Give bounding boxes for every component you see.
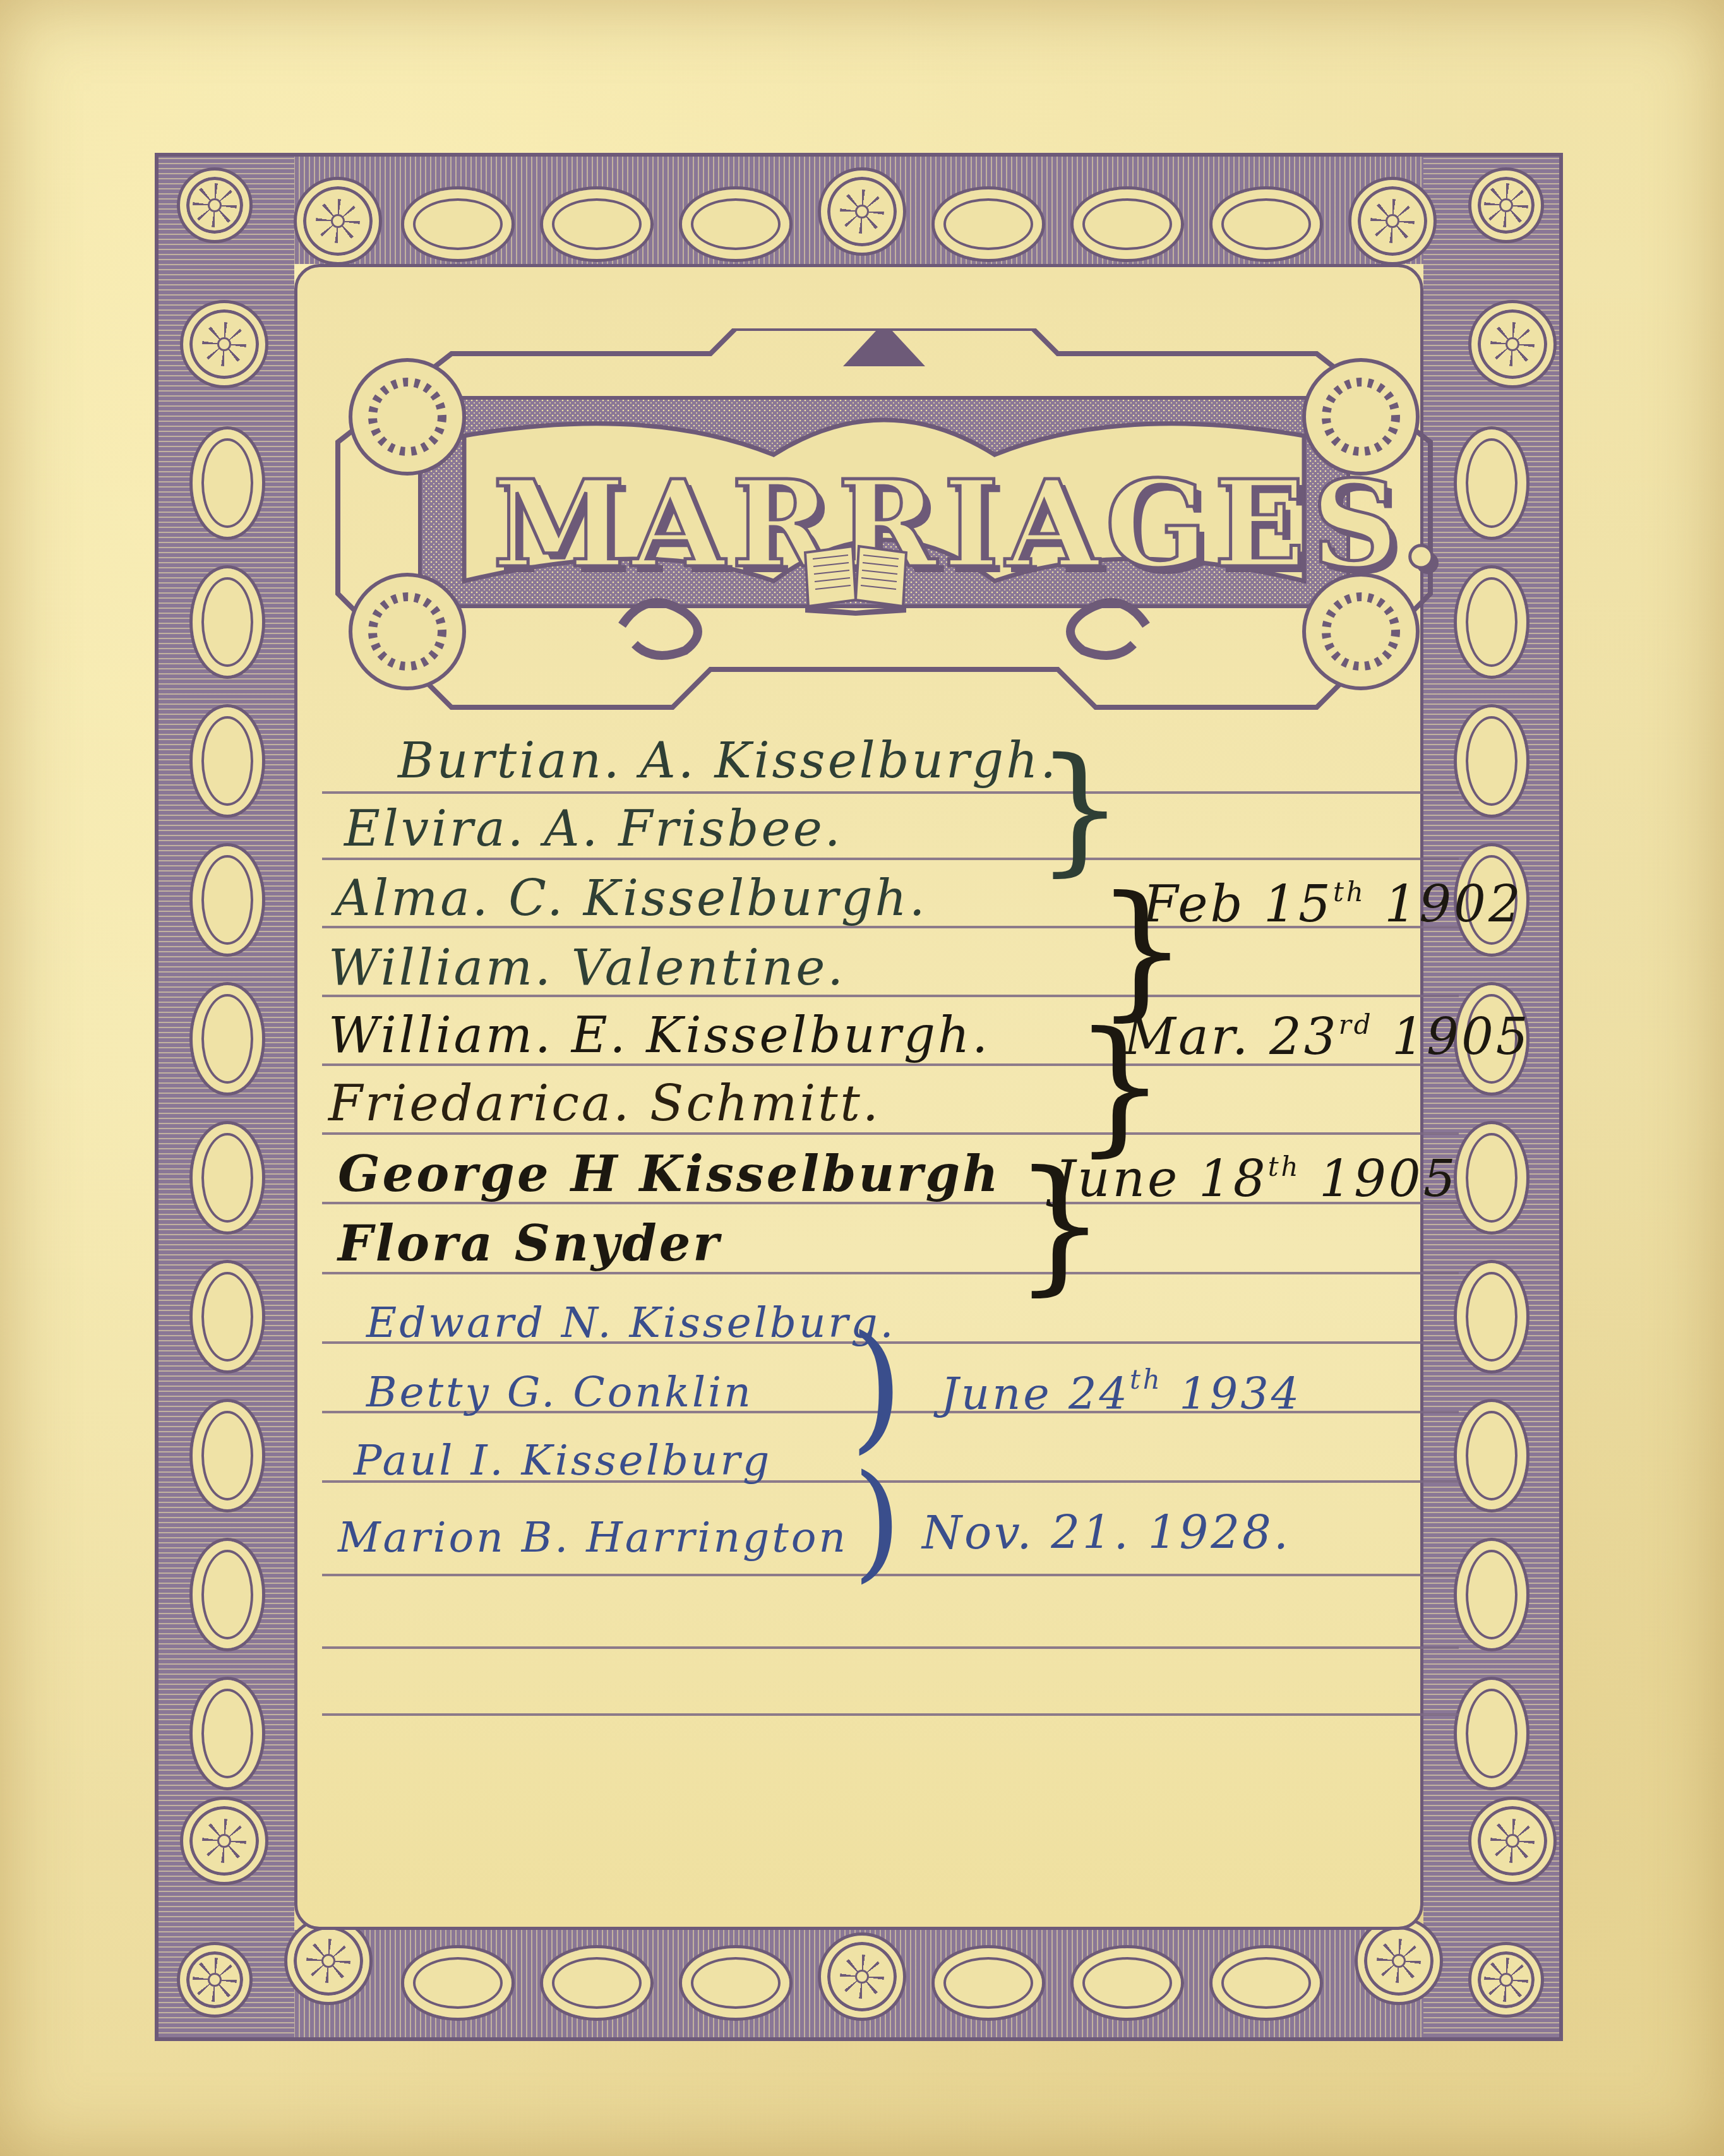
- eye-ornament-icon: [193, 1680, 262, 1787]
- ruled-line: [322, 1713, 1459, 1716]
- eye-ornament-icon: [193, 1124, 262, 1231]
- corner-rosette-icon: [287, 1920, 369, 2002]
- entry-4-spouse-2: Flora Snyder: [338, 1216, 721, 1273]
- corner-rosette-icon: [1471, 1800, 1553, 1882]
- entry-6-spouse-2: Marion B. Harrington: [338, 1509, 848, 1566]
- ruled-line: [322, 1646, 1459, 1649]
- corner-rosette-icon: [297, 180, 379, 262]
- eye-ornament-icon: [682, 189, 789, 259]
- entry-1-spouse-2: Elvira. A. Frisbee.: [344, 801, 843, 858]
- entry-2-date: Feb 15th 1902: [1143, 875, 1523, 933]
- eye-ornament-icon: [543, 189, 650, 259]
- eye-ornament-icon: [404, 189, 512, 259]
- entry-2-spouse-2: William. Valentine.: [328, 940, 846, 997]
- ruled-line: [322, 1132, 1459, 1135]
- entry-4-spouse-1: George H Kisselburgh: [338, 1146, 1001, 1203]
- eye-ornament-icon: [1457, 1263, 1526, 1370]
- entry-6-date: Nov. 21. 1928.: [922, 1506, 1291, 1559]
- eye-ornament-icon: [682, 1948, 789, 2018]
- eye-ornament-icon: [1457, 1680, 1526, 1787]
- eye-ornament-icon: [1457, 429, 1526, 537]
- eye-ornament-icon: [193, 1263, 262, 1370]
- center-rosette-icon: [821, 1936, 903, 2018]
- eye-ornament-icon: [1457, 568, 1526, 676]
- corner-rosette-icon: [183, 303, 265, 385]
- entry-6-spouse-1: Paul I. Kisselburg: [354, 1432, 772, 1489]
- eye-ornament-icon: [1074, 189, 1181, 259]
- eye-ornament-icon: [1457, 707, 1526, 815]
- eye-ornament-icon: [1457, 1124, 1526, 1231]
- eye-ornament-icon: [935, 1948, 1042, 2018]
- eye-ornament-icon: [404, 1948, 512, 2018]
- entry-2-spouse-1: Alma. C. Kisselburgh.: [335, 870, 928, 927]
- entry-3-spouse-2: Friedarica. Schmitt.: [328, 1075, 881, 1132]
- eye-ornament-icon: [1212, 1948, 1320, 2018]
- corner-rosette-icon: [180, 1945, 249, 2015]
- eye-ornament-icon: [193, 846, 262, 954]
- entry-4-date: June 18th 1905: [1055, 1149, 1458, 1208]
- center-rosette-icon: [821, 171, 903, 253]
- eye-ornament-icon: [193, 1402, 262, 1509]
- bracket-icon: }: [1036, 739, 1124, 878]
- corner-rosette-icon: [183, 1800, 265, 1882]
- eye-ornament-icon: [1074, 1948, 1181, 2018]
- bracket-icon: ): [853, 1459, 902, 1585]
- corner-rosette-icon: [180, 171, 249, 240]
- corner-rosette-icon: [1471, 171, 1541, 240]
- entry-5-date: June 24th 1934: [941, 1364, 1302, 1420]
- corner-rosette-icon: [1471, 303, 1553, 385]
- open-book-icon: [793, 540, 919, 616]
- entry-1-spouse-1: Burtian. A. Kisselburgh.: [398, 733, 1058, 789]
- eye-ornament-icon: [1457, 1402, 1526, 1509]
- eye-ornament-icon: [193, 429, 262, 537]
- corner-rosette-icon: [1351, 180, 1434, 262]
- eye-ornament-icon: [193, 568, 262, 676]
- bracket-icon: ): [849, 1317, 904, 1456]
- eye-ornament-icon: [1457, 1541, 1526, 1648]
- entry-5-spouse-2: Betty G. Conklin: [366, 1364, 753, 1421]
- ruled-line: [322, 858, 1459, 860]
- eye-ornament-icon: [193, 985, 262, 1093]
- entry-5-spouse-1: Edward N. Kisselburg.: [366, 1295, 895, 1351]
- eye-ornament-icon: [193, 707, 262, 815]
- eye-ornament-icon: [543, 1948, 650, 2018]
- entry-3-spouse-1: William. E. Kisselburgh.: [328, 1007, 990, 1064]
- ruled-line: [322, 791, 1459, 794]
- corner-rosette-icon: [1358, 1920, 1440, 2002]
- eye-ornament-icon: [1212, 189, 1320, 259]
- entry-3-date: Mar. 23rd 1905: [1124, 1007, 1531, 1066]
- corner-rosette-icon: [1471, 1945, 1541, 2015]
- eye-ornament-icon: [935, 189, 1042, 259]
- eye-ornament-icon: [193, 1541, 262, 1648]
